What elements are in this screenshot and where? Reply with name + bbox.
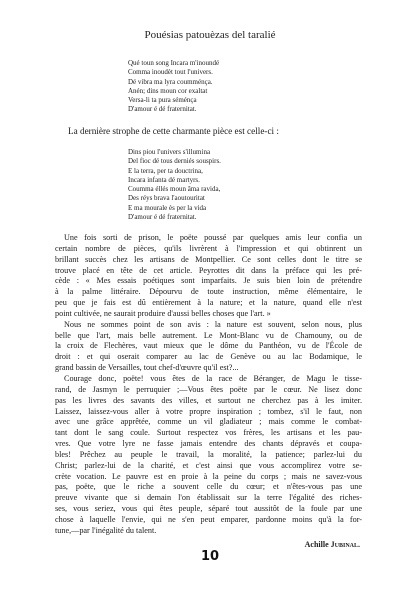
prose-line: tant dont le sang coule. Surtout respect… bbox=[55, 428, 362, 439]
verse-line: Des réys brava l'aoutouritat bbox=[128, 194, 221, 203]
prose-line: Christ; parlez-lui de la charité, et c'e… bbox=[55, 461, 362, 472]
verse-line: Dins piou l'univers s'illumina bbox=[128, 148, 221, 157]
author-last-name: Jubinal. bbox=[331, 540, 360, 549]
author-first-name: Achille bbox=[305, 540, 329, 549]
prose-line: pas les livres des savants des villes, e… bbox=[55, 396, 362, 407]
prose-line: la croix de Flechères, vaut mieux que le… bbox=[55, 341, 362, 352]
prose-line: ses, vous seriez, vous qui êtes peuple, … bbox=[55, 504, 362, 515]
page-title: Pouésias patouèzas del taralié bbox=[0, 29, 420, 41]
prose-line: grand bassin de Versailles, tout chef-d'… bbox=[55, 363, 362, 374]
verse-line: Dé vibra ma lyra coumménça. bbox=[128, 78, 219, 87]
verse-line: Versa-li ta pura séménça bbox=[128, 96, 219, 105]
verse-line: Del fioc dé tous derniés souspirs. bbox=[128, 157, 221, 166]
author-signature: Achille Jubinal. bbox=[305, 540, 360, 549]
prose-line: rand, de Jasmyn le perruquier ;—Vous ête… bbox=[55, 385, 362, 396]
prose-line: chose à laquelle l'envie, qui ne s'en pe… bbox=[55, 515, 362, 526]
verse-line: Comma inoudèt tout l'univers. bbox=[128, 68, 219, 77]
prose-line: cède : « Mes essais poétiques sont impar… bbox=[55, 276, 362, 287]
poem-stanza-2: Dins piou l'univers s'illumina Del fioc … bbox=[128, 148, 221, 222]
poem-stanza-1: Qué toun song Incara m'inoundé Comma ino… bbox=[128, 59, 219, 115]
verse-line: D'amour é dé fraternitat. bbox=[128, 105, 219, 114]
prose-line: preuve vivante que si demain l'on établi… bbox=[55, 493, 362, 504]
prose-line: bles! Prêchez au peuple le travail, la m… bbox=[55, 450, 362, 461]
page-number: 10 bbox=[0, 549, 420, 564]
prose-line: avec une grâce apprêtée, comme un vil gl… bbox=[55, 417, 362, 428]
prose-line: peu que je fais est dû entièrement à la … bbox=[55, 298, 362, 309]
verse-line: E ma mourale ès per la vida bbox=[128, 204, 221, 213]
document-page: Pouésias patouèzas del taralié Qué toun … bbox=[0, 0, 420, 595]
prose-line: droit : et qui oserait comparer au lac d… bbox=[55, 352, 362, 363]
prose-line: crète vocation. Le pauvre est en proie à… bbox=[55, 472, 362, 483]
prose-line: tune,—par l'inégalité du talent. bbox=[55, 526, 362, 537]
prose-line: Une fois sorti de prison, le poëte pouss… bbox=[55, 233, 362, 244]
verse-line: E la terra, per ta douctrina, bbox=[128, 167, 221, 176]
prose-line: certain nombre de pièces, qu'ils livrère… bbox=[55, 244, 362, 255]
verse-line: Incara infanta dé martyrs. bbox=[128, 176, 221, 185]
prose-line: Courage donc, poëte! vous êtes de la rac… bbox=[55, 374, 362, 385]
prose-line: belle que l'art, mais belle autrement. L… bbox=[55, 331, 362, 342]
prose-body: Une fois sorti de prison, le poëte pouss… bbox=[55, 233, 362, 537]
section-intro: La dernière strophe de cette charmante p… bbox=[68, 126, 279, 136]
prose-line: brillant succès chez les artisans de Mon… bbox=[55, 255, 362, 266]
verse-line: Qué toun song Incara m'inoundé bbox=[128, 59, 219, 68]
prose-line: à la palme littéraire. Dépourvu de toute… bbox=[55, 287, 362, 298]
prose-line: trouve placé en tête de cet article. Pey… bbox=[55, 266, 362, 277]
prose-line: point cultivée, ne saurait produire d'au… bbox=[55, 309, 362, 320]
verse-line: Coumma éllés moun âma ravida, bbox=[128, 185, 221, 194]
prose-line: pas, poëte, que le riche a souvent celle… bbox=[55, 482, 362, 493]
verse-line: D'amour é dé fraternitat. bbox=[128, 213, 221, 222]
verse-line: Anén; dins moun cor exaltat bbox=[128, 87, 219, 96]
prose-line: Laissez, laissez-vous aller à votre prop… bbox=[55, 407, 362, 418]
prose-line: Nous ne sommes point de son avis : la na… bbox=[55, 320, 362, 331]
prose-line: vres. Que votre lyre ne fasse jamais ent… bbox=[55, 439, 362, 450]
